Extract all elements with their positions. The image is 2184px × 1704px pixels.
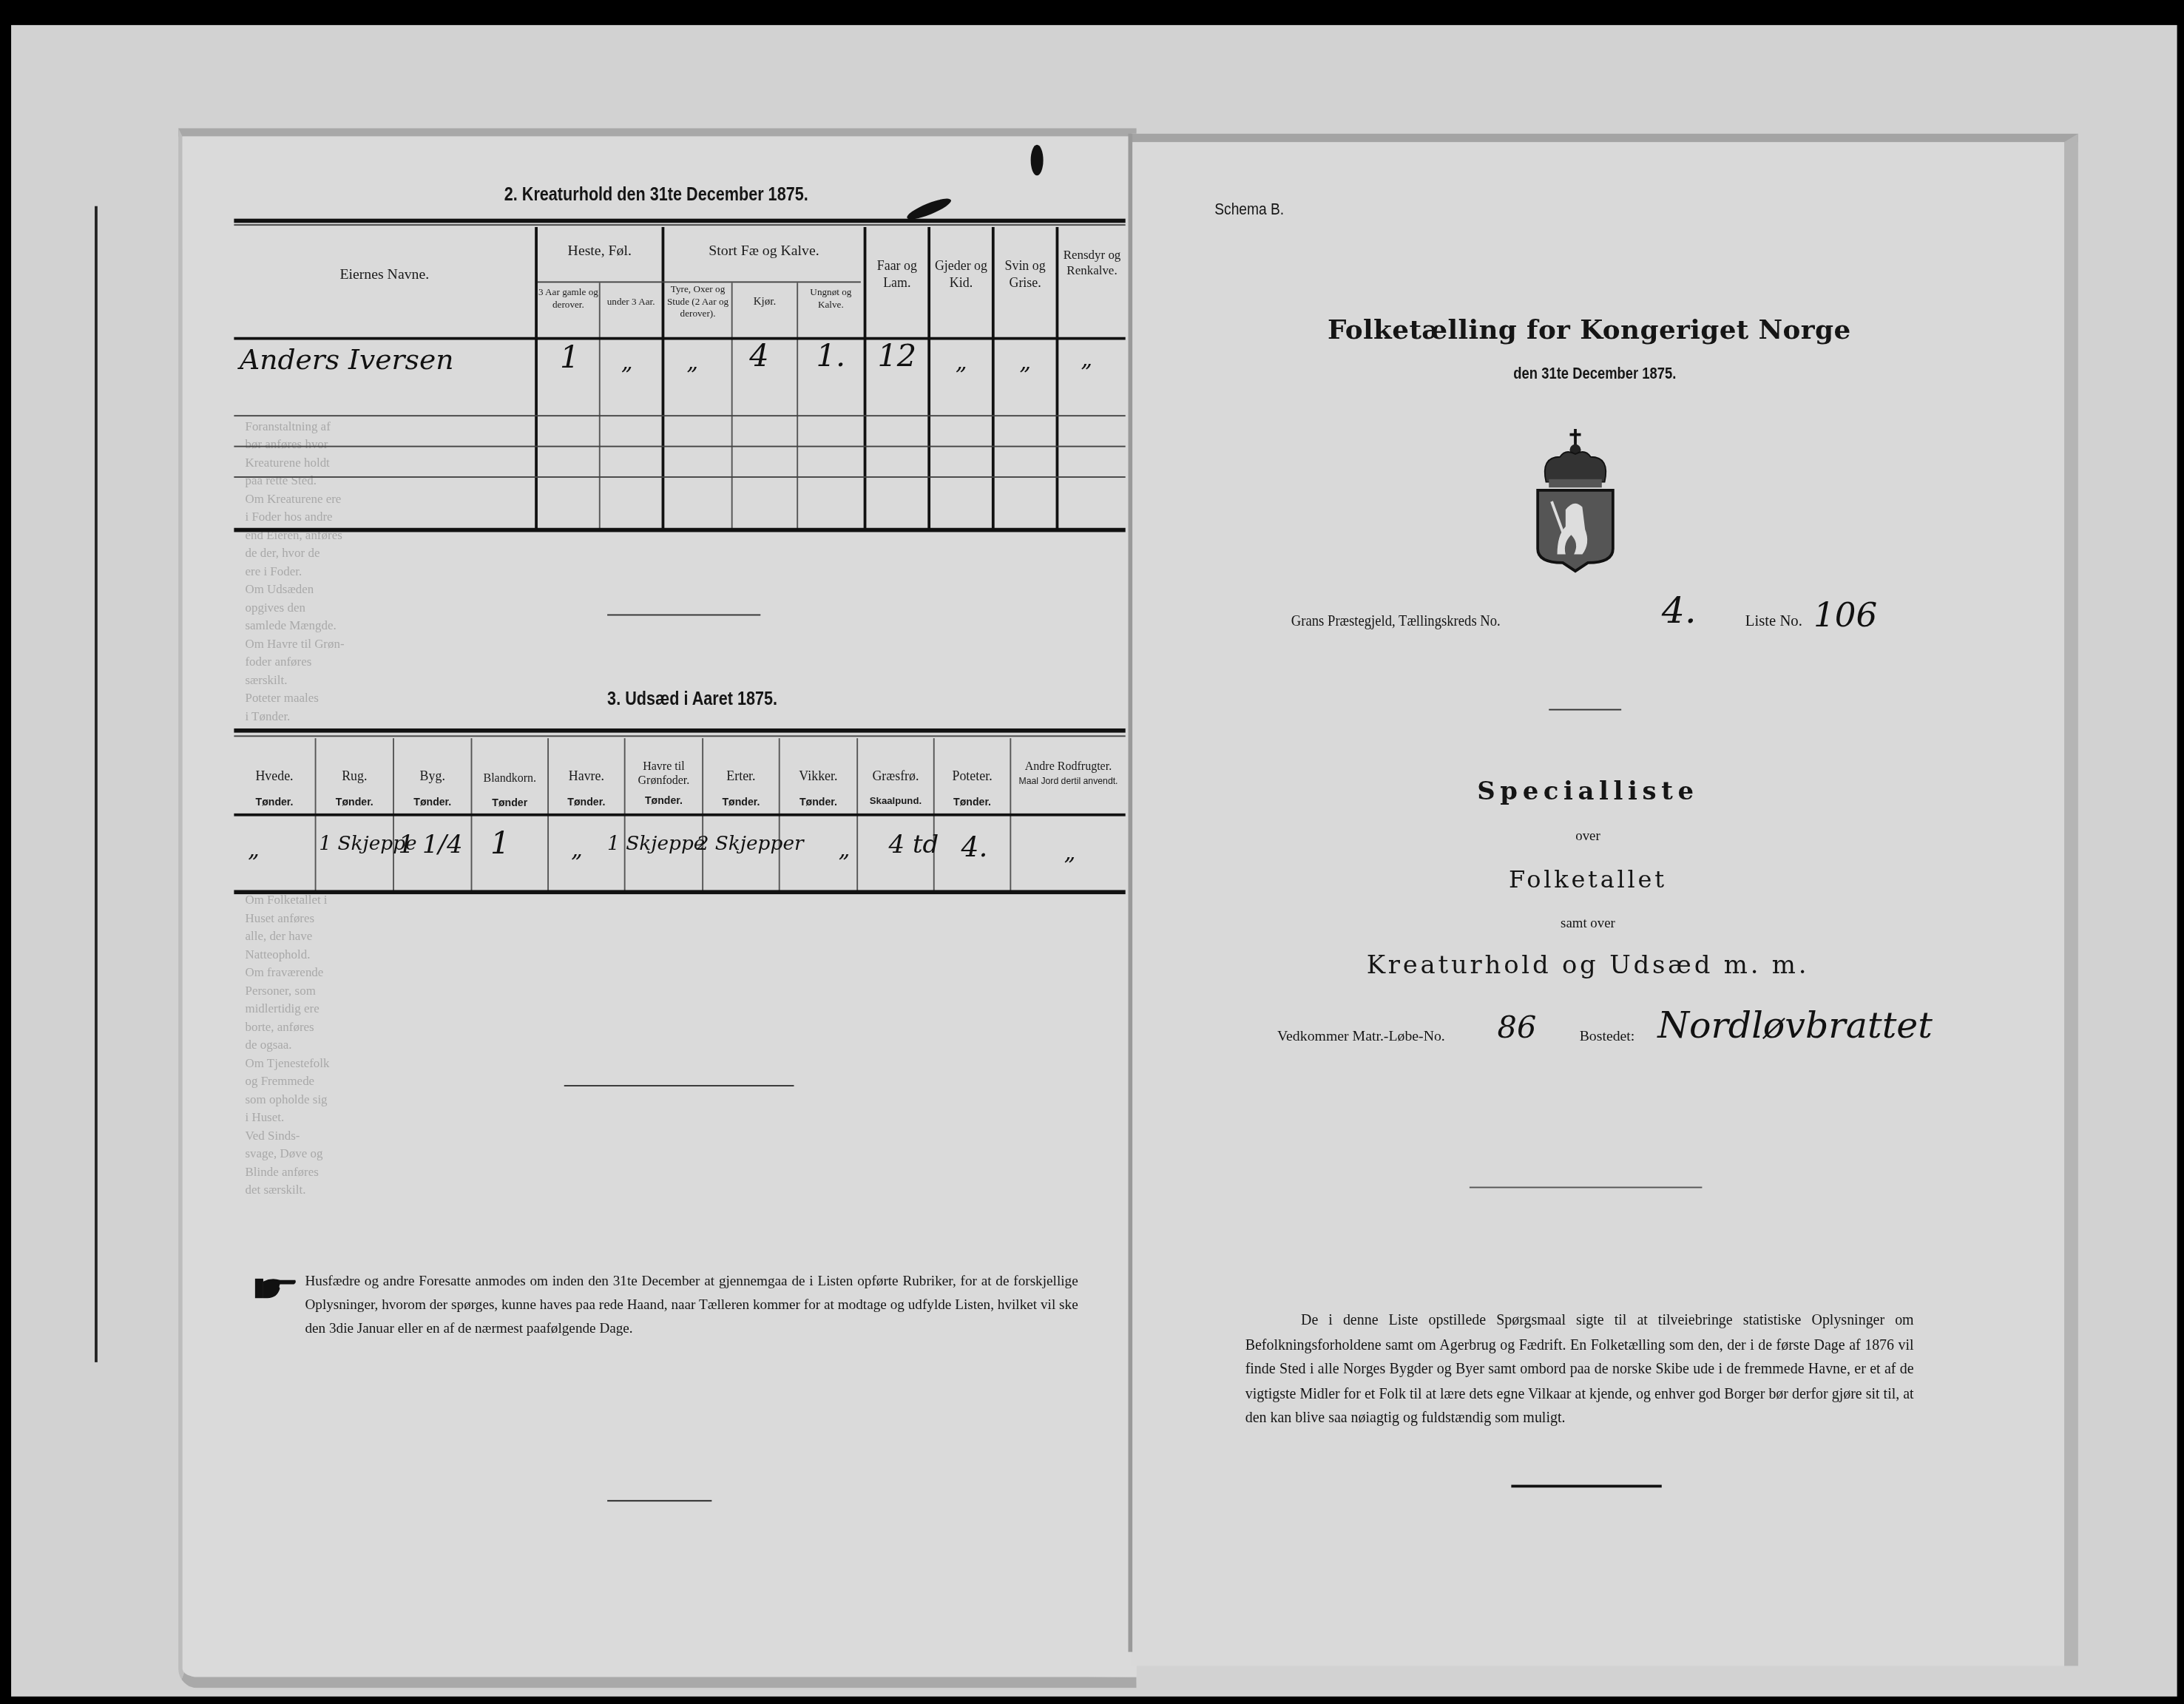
col-rensdyr-header: Rensdyr og Renkalve. [1058, 248, 1125, 278]
margin-line [95, 206, 98, 1362]
closing-rule [1511, 1485, 1661, 1488]
andre-rodfrugter-value: „ [1064, 839, 1076, 865]
census-date: den 31te December 1875. [1423, 366, 1766, 383]
specialliste-heading: Specialliste [1379, 777, 1796, 807]
heste-under3-cell: „ [621, 348, 633, 375]
district-label: Grans Præstegjeld, Tællingskreds No. [1291, 613, 1524, 630]
page-gutter [1128, 134, 1132, 1652]
col-faar-header: Faar og Lam. [866, 259, 927, 292]
col-heste-header: Heste, Føl. [538, 244, 662, 261]
bosted-value: Nordløvbrattet [1657, 1006, 1933, 1047]
folketallet-label: Folketallet [1449, 866, 1728, 894]
col-poteter-header: Poteter. Tønder. [935, 770, 1010, 809]
stort-ungnot-cell: 1. [817, 340, 846, 375]
schema-label: Schema B. [1214, 199, 1284, 218]
col-owner-header: Eiernes Navne. [234, 268, 535, 285]
heste-3aar-cell: 1 [560, 341, 579, 376]
explanatory-paragraph: De i denne Liste opstillede Spørgsmaal s… [1245, 1309, 1914, 1431]
stort-tyre-cell: „ [686, 348, 698, 375]
col-graesfro-header: Græsfrø. Skaalpund. [858, 770, 933, 809]
col-stort-header: Stort Fæ og Kalve. [664, 244, 863, 261]
col-havre-header: Havre. Tønder. [549, 770, 624, 809]
col-stort-kjor-header: Kjør. [733, 295, 797, 309]
faar-cell: 12 [877, 340, 916, 375]
over-label: over [1518, 829, 1657, 845]
gjeder-cell: „ [956, 348, 967, 375]
hvede-value: „ [248, 836, 260, 862]
section-3-title: 3. Udsæd i Aaret 1875. [607, 686, 777, 709]
bleed-through-text: Foranstaltning afbør anføres hvorKreatur… [245, 418, 412, 726]
col-vikker-header: Vikker. Tønder. [780, 770, 857, 809]
col-heste-3aar-header: 3 Aar gamle og derover. [538, 287, 599, 312]
col-stort-ungnot-header: Ungnøt og Kalve. [798, 287, 864, 312]
list-number: 106 [1813, 596, 1877, 635]
section-2-title: 2. Kreaturhold den 31te December 1875. [504, 183, 808, 205]
erter-value: 2 Skjepper [697, 833, 804, 855]
col-erter-header: Erter. Tønder. [703, 770, 779, 809]
blandkorn-value: 1 [490, 828, 510, 862]
col-rug-header: Rug. Tønder. [317, 770, 393, 809]
norwegian-coat-of-arms-icon [1532, 426, 1619, 574]
svin-cell: „ [1020, 348, 1032, 375]
byg-value: 1 1/4 [399, 830, 463, 859]
col-byg-header: Byg. Tønder. [394, 770, 471, 809]
divider [1470, 1187, 1703, 1189]
col-blandkorn-header: Blandkorn. Tønder [472, 770, 547, 811]
rensdyr-cell: „ [1081, 345, 1092, 372]
owner-name-cell: Anders Iversen [240, 342, 454, 376]
poteter-value: 4. [961, 830, 987, 863]
list-label: Liste No. [1745, 613, 1802, 630]
col-svin-header: Svin og Grise. [995, 259, 1056, 292]
divider [564, 1085, 794, 1086]
district-number: 4. [1662, 591, 1697, 632]
havre-gronfoder-value: 1 Skjeppe [607, 833, 705, 855]
col-heste-under3-header: under 3 Aar. [601, 295, 662, 309]
right-page [1131, 134, 2078, 1666]
col-gjeder-header: Gjeder og Kid. [930, 259, 992, 292]
vikker-value: „ [839, 836, 851, 862]
stort-kjor-cell: 4 [749, 340, 768, 375]
col-stort-tyre-header: Tyre, Oxer og Stude (2 Aar og derover). [664, 284, 731, 319]
page-title: Folketælling for Kongeriget Norge [1318, 315, 1861, 345]
bosted-label: Bostedet: [1580, 1029, 1635, 1045]
ornament-divider [607, 1500, 711, 1501]
graesfro-value: 4 td [889, 830, 939, 859]
notice-text: Husfædre og andre Foresatte anmodes om i… [305, 1271, 1078, 1342]
col-havre-gronfoder-header: Havre til Grønfoder. Tønder. [626, 759, 703, 808]
scanned-document: Foranstaltning afbør anføres hvorKreatur… [0, 0, 2184, 1703]
havre-value: „ [571, 836, 583, 862]
bleed-through-text-2: Om Folketallet iHuset anføresalle, der h… [245, 891, 426, 1199]
col-andre-rodfrugter-header: Andre Rodfrugter. Maal Jord dertil anven… [1011, 759, 1125, 788]
ink-blot [1031, 145, 1044, 175]
divider [1549, 709, 1621, 711]
samt-over-label: samt over [1518, 916, 1657, 932]
col-hvede-header: Hvede. Tønder. [234, 770, 314, 809]
pointing-hand-icon [255, 1276, 297, 1301]
matr-number: 86 [1498, 1011, 1537, 1046]
kreaturhold-label: Kreaturhold og Udsæd m. m. [1315, 951, 1861, 981]
divider [607, 615, 760, 616]
matr-label: Vedkommer Matr.-Løbe-No. [1277, 1029, 1445, 1045]
